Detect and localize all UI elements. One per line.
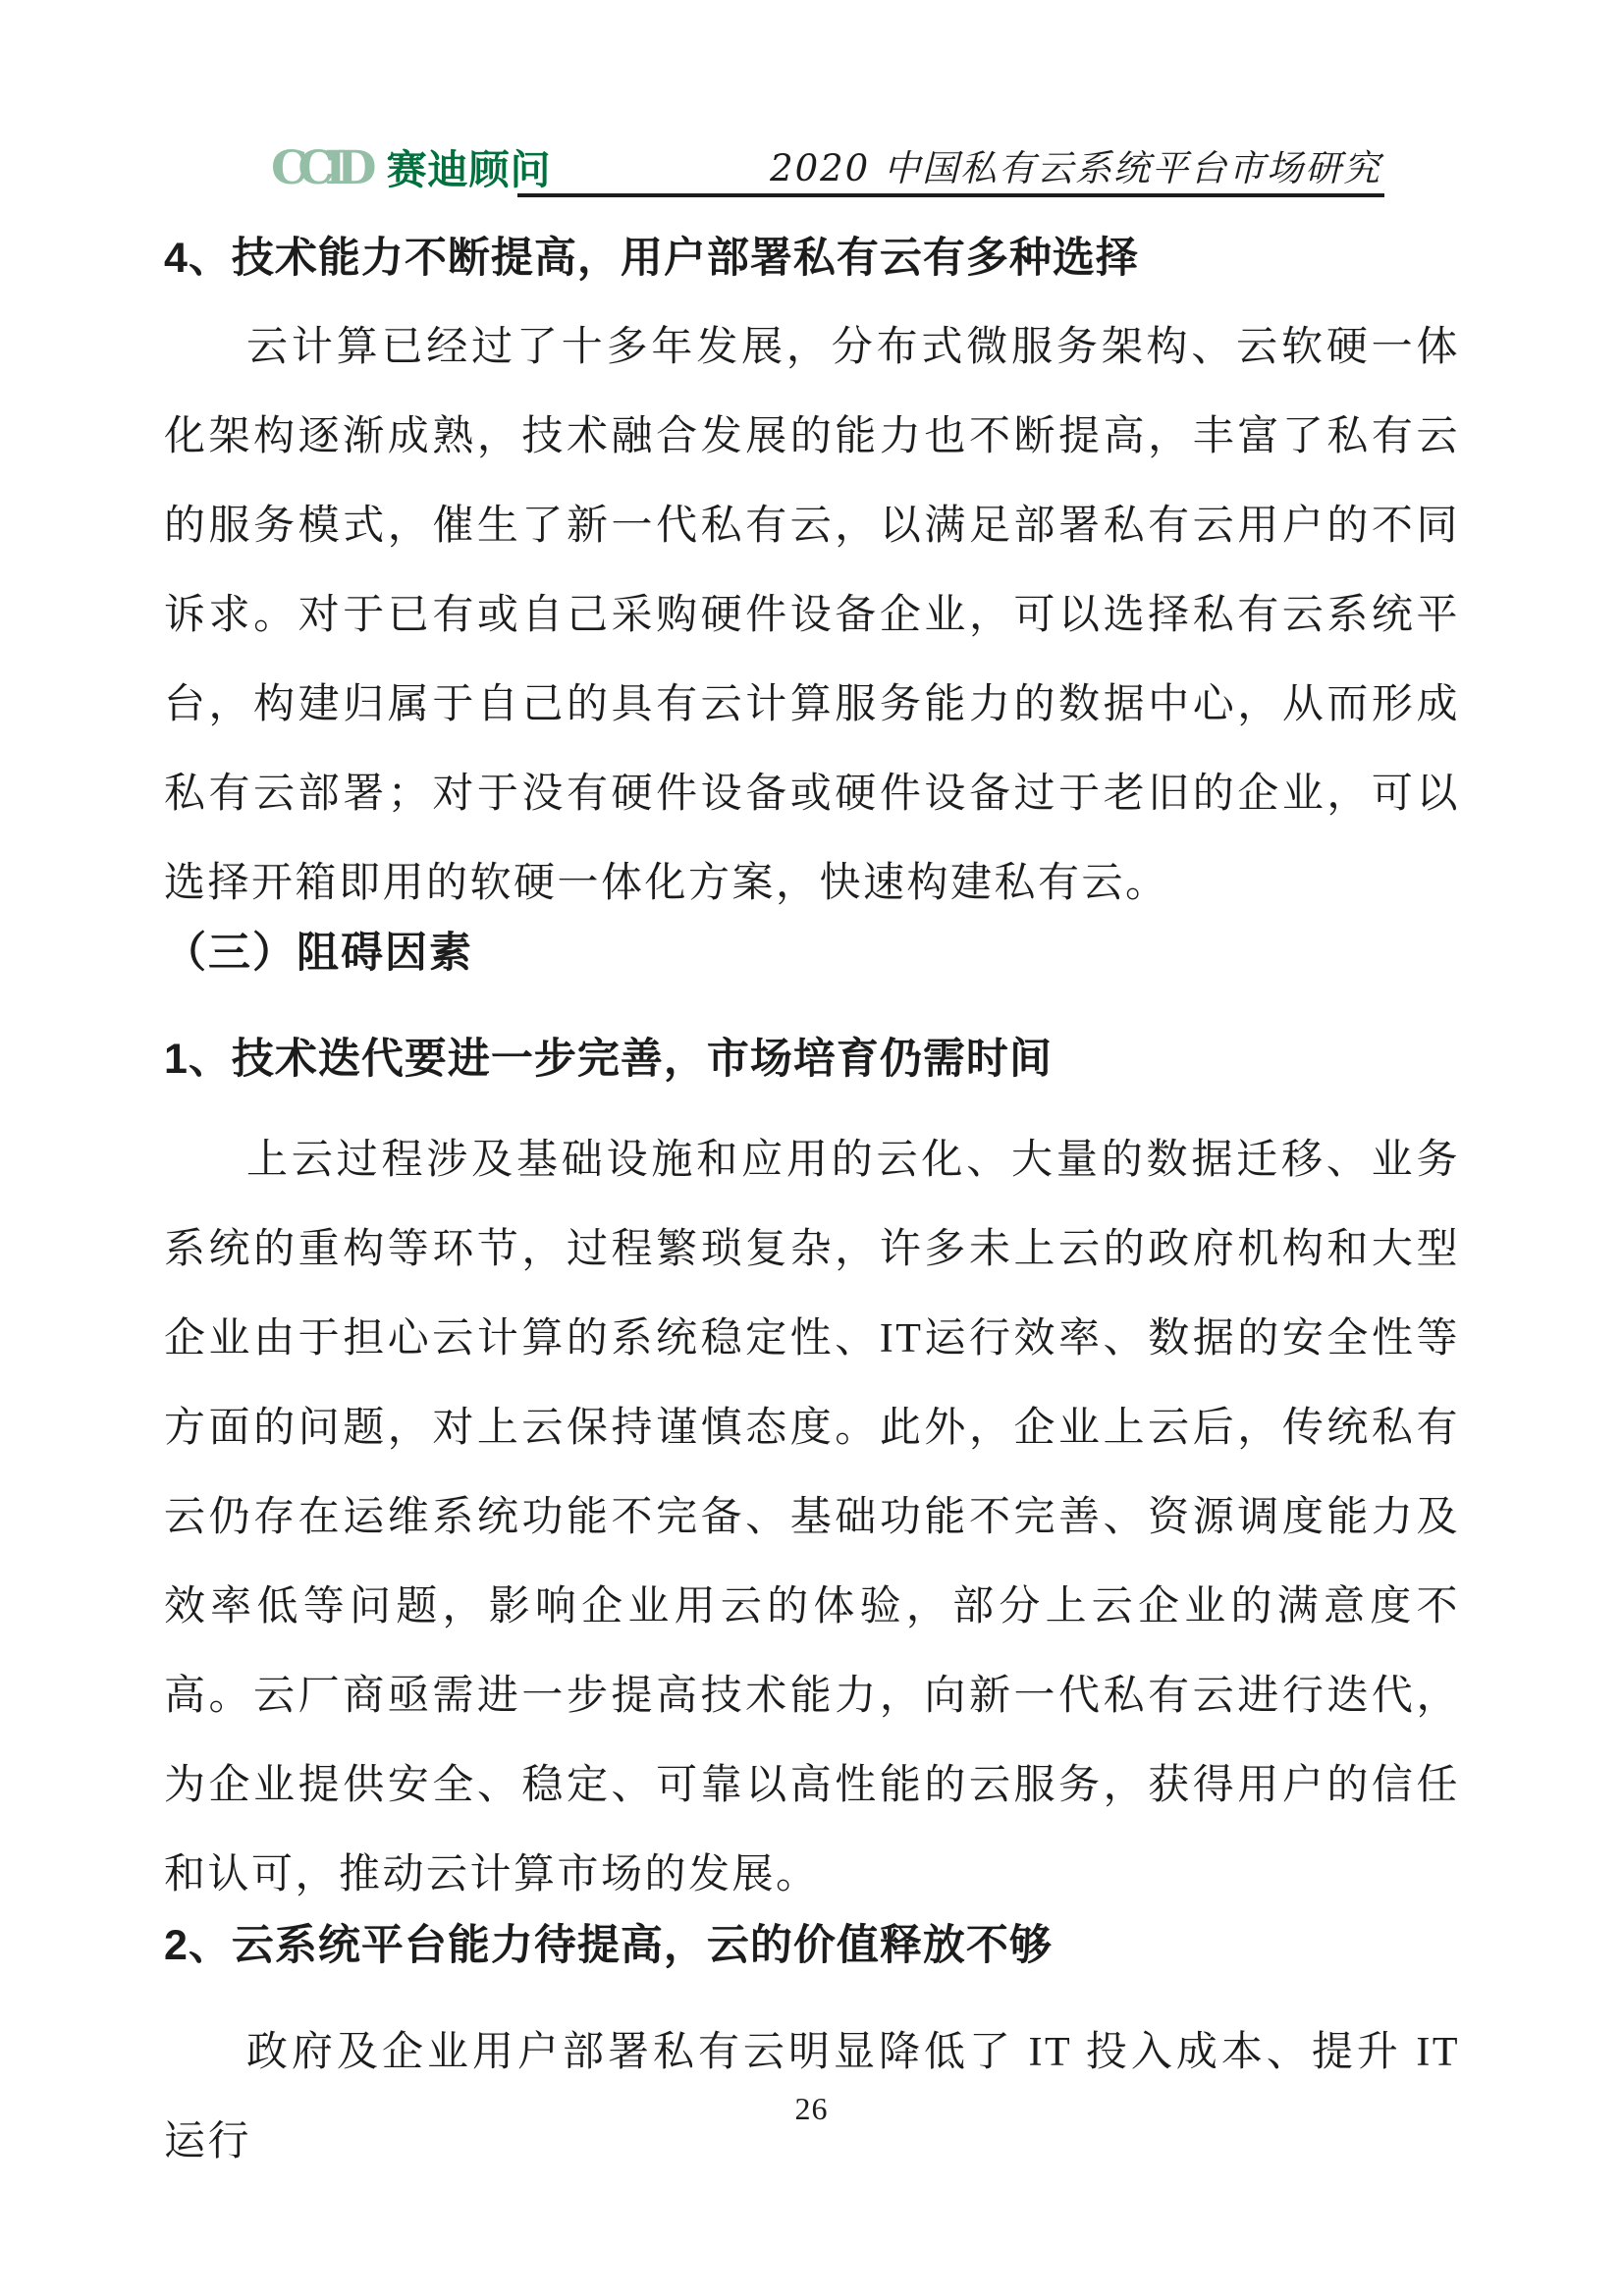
paragraph-tech-capability: 云计算已经过了十多年发展，分布式微服务架构、云软硬一体化架构逐渐成熟，技术融合发… xyxy=(164,303,1460,929)
ccid-logo-chinese-text: 赛迪顾问 xyxy=(387,147,552,193)
page-body: 4、技术能力不断提高，用户部署私有云有多种选择 云计算已经过了十多年发展，分布式… xyxy=(164,234,1460,2187)
header-rule xyxy=(517,193,1384,197)
heading-obstacle-factors: （三）阻碍因素 xyxy=(164,929,1460,978)
ccid-logo: CCID 赛迪顾问 xyxy=(271,145,552,193)
heading-section-4: 4、技术能力不断提高，用户部署私有云有多种选择 xyxy=(164,234,1460,283)
paragraph-tech-iteration: 上云过程涉及基础设施和应用的云化、大量的数据迁移、业务系统的重构等环节，过程繁琐… xyxy=(164,1116,1460,1920)
document-page: CCID 赛迪顾问 2020 中国私有云系统平台市场研究 4、技术能力不断提高，… xyxy=(0,0,1623,2296)
report-title: 2020 中国私有云系统平台市场研究 xyxy=(770,147,1381,190)
heading-item-1: 1、技术迭代要进一步完善，市场培育仍需时间 xyxy=(164,1035,1460,1084)
ccid-logo-latin-text: CCID xyxy=(271,145,367,191)
heading-item-2: 2、云系统平台能力待提高，云的价值释放不够 xyxy=(164,1921,1460,1970)
page-number: 26 xyxy=(0,2089,1623,2128)
